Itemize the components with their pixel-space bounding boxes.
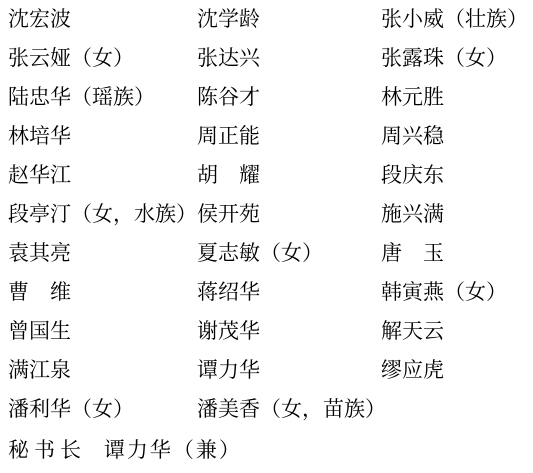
member-name: 侯开苑	[197, 195, 381, 234]
member-name: 缪应虎	[381, 351, 533, 390]
member-name: 林元胜	[381, 78, 533, 117]
member-name: 段庆东	[381, 156, 533, 195]
member-name: 满江泉	[8, 351, 197, 390]
member-name: 赵华江	[8, 156, 197, 195]
member-name: 周兴稳	[381, 117, 533, 156]
member-name: 曹 维	[8, 273, 197, 312]
member-name: 沈学龄	[197, 0, 381, 39]
member-name: 解天云	[381, 312, 533, 351]
name-row: 潘利华（女）潘美香（女，苗族）	[8, 390, 533, 429]
member-name: 韩寅燕（女）	[381, 273, 533, 312]
member-name: 潘利华（女）	[8, 390, 197, 429]
member-name: 唐 玉	[381, 234, 533, 273]
member-name: 张小威（壮族）	[381, 0, 533, 39]
name-row: 张云娅（女）张达兴张露珠（女）	[8, 39, 533, 78]
member-name: 陈谷才	[197, 78, 381, 117]
member-name: 蒋绍华	[197, 273, 381, 312]
name-row: 袁其亮夏志敏（女）唐 玉	[8, 234, 533, 273]
member-name: 谭力华	[197, 351, 381, 390]
name-row: 陆忠华（瑶族）陈谷才林元胜	[8, 78, 533, 117]
member-name	[381, 390, 533, 429]
name-row: 满江泉谭力华缪应虎	[8, 351, 533, 390]
member-name: 潘美香（女，苗族）	[197, 390, 381, 429]
name-row: 曹 维蒋绍华韩寅燕（女）	[8, 273, 533, 312]
member-name: 周正能	[197, 117, 381, 156]
member-name: 胡 耀	[197, 156, 381, 195]
member-name: 谢茂华	[197, 312, 381, 351]
name-row: 赵华江胡 耀段庆东	[8, 156, 533, 195]
member-name: 曾国生	[8, 312, 197, 351]
secretary-name: 谭力华（兼）	[104, 439, 242, 462]
member-name: 张露珠（女）	[381, 39, 533, 78]
secretary-row: 秘书长 谭力华（兼）	[0, 431, 533, 470]
member-name: 林培华	[8, 117, 197, 156]
name-row: 沈宏波沈学龄张小威（壮族）	[8, 0, 533, 39]
name-row: 段亭汀（女，水族）侯开苑施兴满	[8, 195, 533, 234]
member-name: 张云娅（女）	[8, 39, 197, 78]
member-name: 沈宏波	[8, 0, 197, 39]
secretary-role-label: 秘书长	[8, 439, 86, 462]
document-page: 沈宏波沈学龄张小威（壮族）张云娅（女）张达兴张露珠（女）陆忠华（瑶族）陈谷才林元…	[0, 0, 533, 473]
member-name-list: 沈宏波沈学龄张小威（壮族）张云娅（女）张达兴张露珠（女）陆忠华（瑶族）陈谷才林元…	[0, 0, 533, 429]
name-row: 林培华周正能周兴稳	[8, 117, 533, 156]
name-row: 曾国生谢茂华解天云	[8, 312, 533, 351]
member-name: 袁其亮	[8, 234, 197, 273]
member-name: 夏志敏（女）	[197, 234, 381, 273]
member-name: 张达兴	[197, 39, 381, 78]
member-name: 陆忠华（瑶族）	[8, 78, 197, 117]
member-name: 施兴满	[381, 195, 533, 234]
member-name: 段亭汀（女，水族）	[8, 195, 197, 234]
